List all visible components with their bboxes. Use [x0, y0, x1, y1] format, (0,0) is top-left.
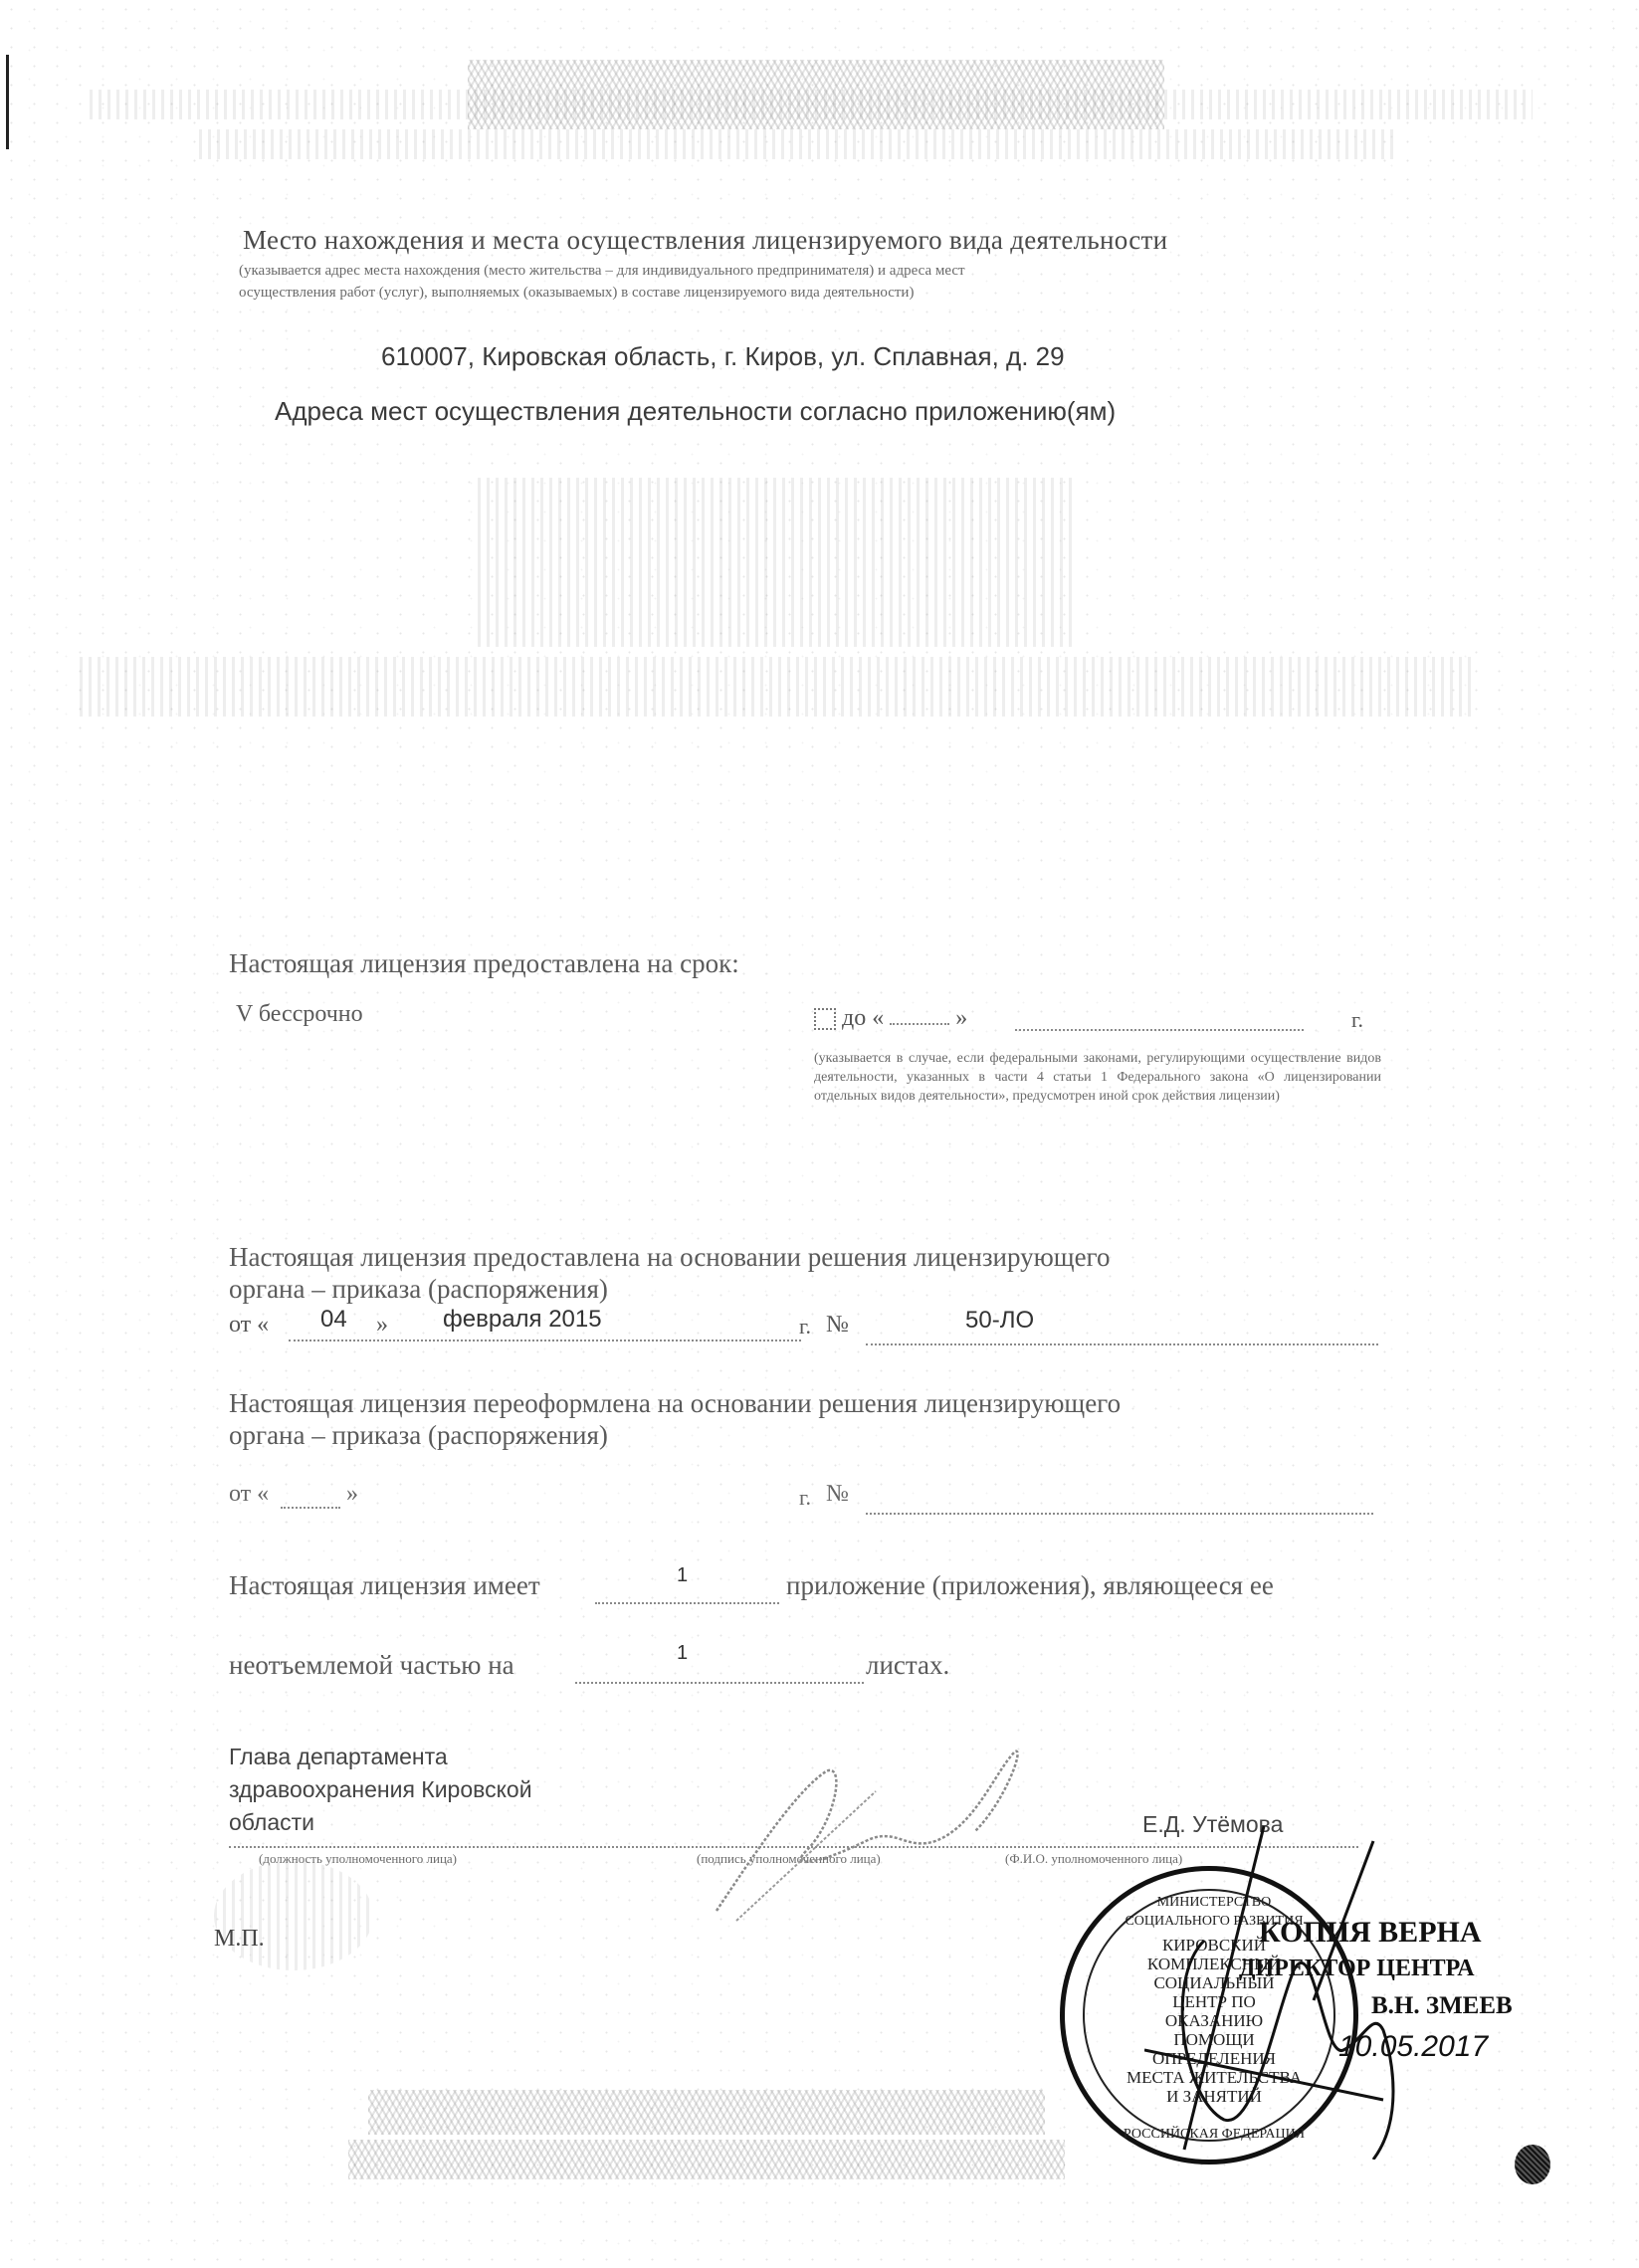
term-indefinite-option: V бессрочно [236, 1001, 363, 1028]
basis-number-label: № [826, 1312, 849, 1339]
basis-day: 04 [320, 1306, 347, 1334]
appendix-line2-suffix: листах. [866, 1650, 949, 1681]
term-until-prefix: до « [842, 1005, 884, 1031]
footer-ornament [368, 2090, 1045, 2135]
appendix-line2-prefix: неотъемлемой частью на [229, 1650, 514, 1681]
term-until-day-field [890, 1023, 949, 1025]
basis-heading-2: органа – приказа (распоряжения) [229, 1274, 608, 1305]
basis-month-year: февраля 2015 [443, 1306, 602, 1334]
term-until-year-suffix: г. [1351, 1007, 1363, 1033]
sheet-count-field [575, 1682, 864, 1684]
location-note-2: осуществления работ (услуг), выполняемых… [239, 283, 1393, 303]
footer-ornament-2 [348, 2140, 1065, 2179]
term-until-note: (указывается в случае, если федеральными… [814, 1049, 1381, 1106]
term-until-month-field [1015, 1029, 1304, 1031]
punch-hole-mark [1515, 2145, 1550, 2184]
basis-from-label: от « [229, 1312, 269, 1339]
sheet-count: 1 [677, 1642, 688, 1665]
appendix-count-field [595, 1602, 779, 1604]
term-until-mid: » [955, 1005, 967, 1031]
reissue-day-close: » [346, 1481, 358, 1508]
header-ornament-band [90, 90, 1533, 119]
reissue-heading-1: Настоящая лицензия переоформлена на осно… [229, 1388, 1121, 1419]
appendix-line1-prefix: Настоящая лицензия имеет [229, 1570, 540, 1601]
license-address: 610007, Кировская область, г. Киров, ул.… [381, 341, 1065, 372]
signer-position-3: области [229, 1809, 314, 1836]
signer-position-1: Глава департамента [229, 1744, 448, 1770]
reissue-day-field [281, 1507, 340, 1509]
faded-background-pattern-2 [80, 657, 1473, 717]
reissue-year-suffix: г. [799, 1485, 811, 1511]
term-until-checkbox [814, 1008, 836, 1030]
basis-order-number: 50-ЛО [965, 1307, 1034, 1335]
basis-year-suffix: г. [799, 1314, 811, 1340]
basis-day-close: » [376, 1312, 388, 1339]
header-ornament-band-2 [199, 129, 1393, 159]
location-note-1: (указывается адрес места нахождения (мес… [239, 261, 1393, 281]
basis-heading-1: Настоящая лицензия предоставлена на осно… [229, 1242, 1110, 1273]
addresses-per-appendix: Адреса мест осуществления деятельности с… [275, 396, 1116, 427]
certifier-signature-icon [1144, 1821, 1453, 2160]
location-heading: Место нахождения и места осуществления л… [243, 225, 1167, 256]
term-heading: Настоящая лицензия предоставлена на срок… [229, 948, 739, 979]
handwritten-signature-icon [677, 1732, 1055, 1931]
reissue-from-label: от « [229, 1481, 269, 1508]
basis-number-underline [866, 1343, 1378, 1345]
signer-position-2: здравоохранения Кировской [229, 1776, 532, 1803]
reissue-heading-2: органа – приказа (распоряжения) [229, 1420, 608, 1451]
reissue-number-underline [866, 1513, 1373, 1515]
term-until-option: до « » [814, 1005, 967, 1032]
appendix-count: 1 [677, 1564, 688, 1587]
reissue-number-label: № [826, 1481, 849, 1508]
faded-background-pattern [478, 478, 1075, 647]
faded-seal-area [214, 1861, 373, 1970]
basis-date-underline [289, 1340, 801, 1341]
scan-edge-mark [6, 55, 9, 149]
appendix-line1-suffix: приложение (приложения), являющееся ее [786, 1570, 1274, 1601]
